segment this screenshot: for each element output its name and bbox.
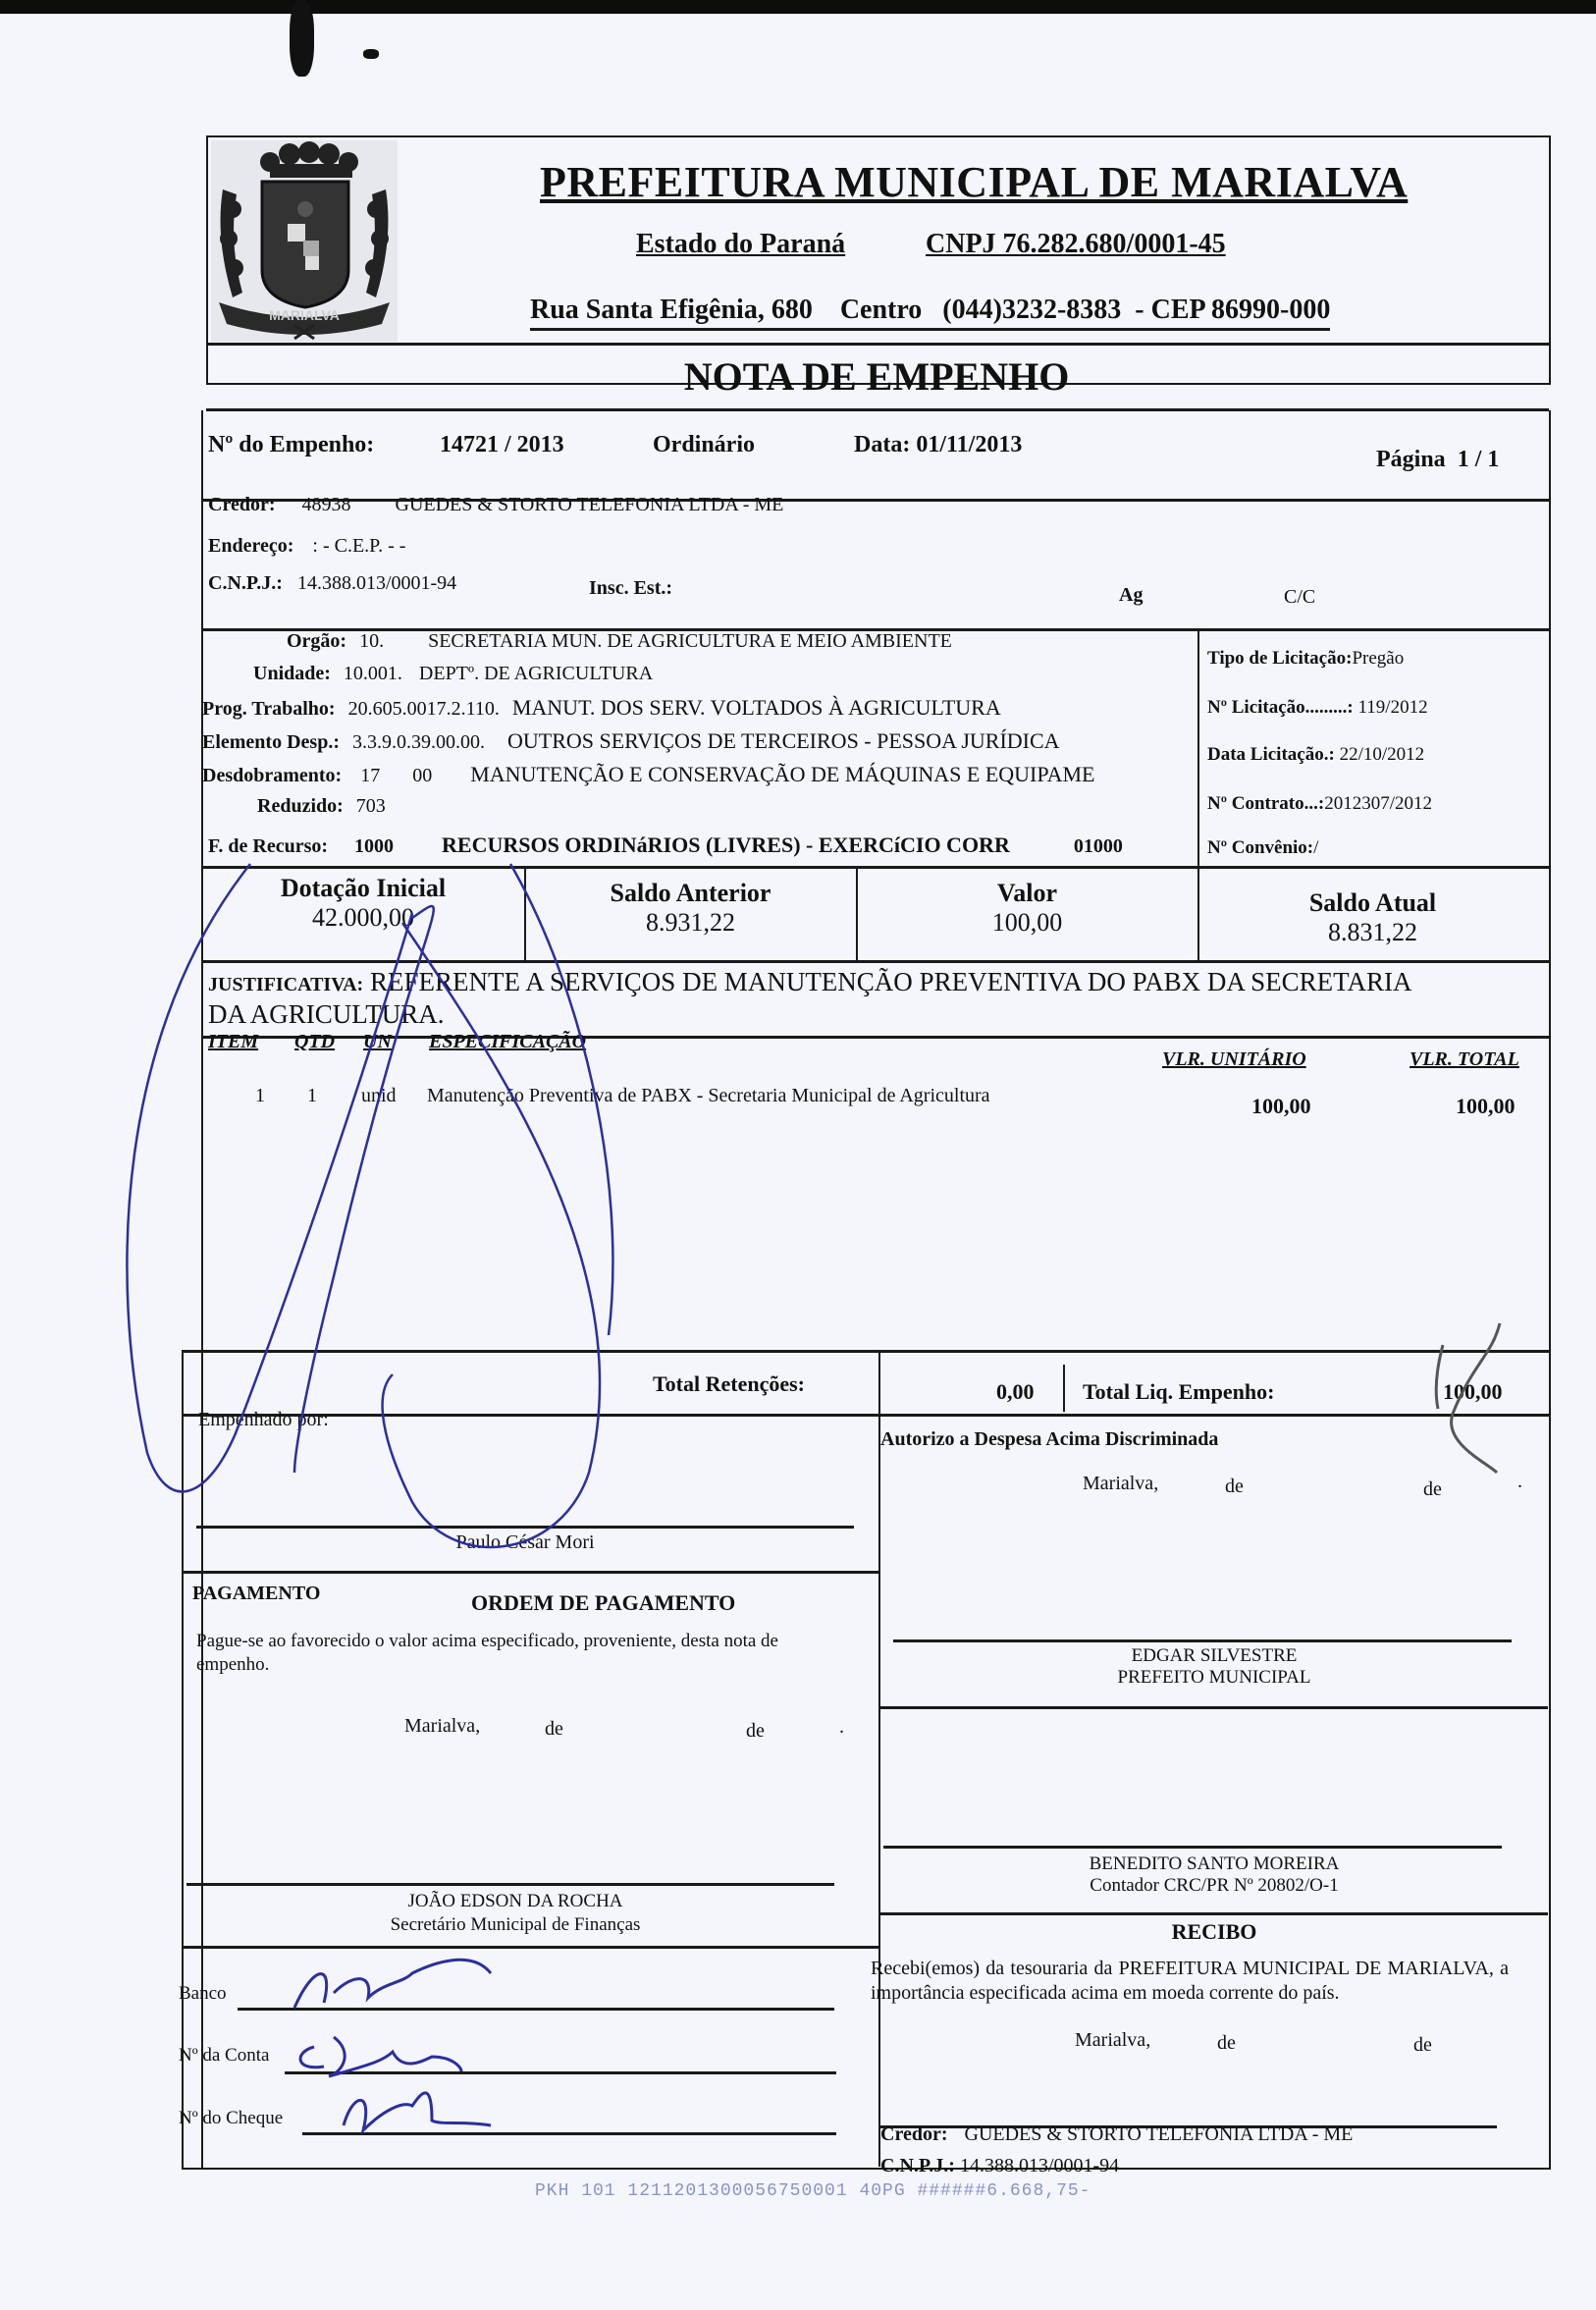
prog-name: MANUT. DOS SERV. VOLTADOS À AGRICULTURA (512, 695, 1001, 720)
divider (880, 1706, 1548, 1709)
cheque-line[interactable] (302, 2132, 836, 2135)
cell-un: unid (361, 1085, 397, 1107)
pagamento-place: Marialva, (404, 1715, 480, 1738)
page-indicator: Página 1 / 1 (1376, 447, 1499, 473)
col-vlr-total: VLR. TOTAL (1410, 1048, 1519, 1071)
desdobramento-code2: 00 (412, 765, 432, 786)
tipo-label: Tipo de Licitação: (1207, 648, 1352, 669)
balance-label: Saldo Anterior (525, 879, 856, 908)
autorizo-de-1: de (1225, 1476, 1244, 1498)
unidade-line: Unidade: 10.001. DEPTº. DE AGRICULTURA (253, 663, 653, 685)
recurso-code2: 01000 (1074, 835, 1123, 857)
elemento-label: Elemento Desp.: (202, 731, 340, 753)
elemento-line: Elemento Desp.: 3.3.9.0.39.00.00. OUTROS… (202, 728, 1060, 754)
contador-title: Contador CRC/PR Nº 20802/O-1 (880, 1875, 1548, 1897)
empenhado-name: Paulo César Mori (196, 1531, 854, 1554)
recibo-title: RECIBO (880, 1919, 1548, 1945)
balance-value: 8.831,22 (1198, 918, 1547, 947)
divider (201, 866, 1549, 869)
autorizo-place: Marialva, (1083, 1473, 1158, 1495)
desdobramento-code1: 17 (360, 765, 380, 786)
col-qtd: QTD (294, 1031, 335, 1053)
recibo-credor-label: Credor: (880, 2123, 948, 2145)
ordem-label: ORDEM DE PAGAMENTO (471, 1590, 735, 1616)
endereco-line: Endereço: : - C.E.P. - - (208, 535, 405, 558)
col-vlr-unitario: VLR. UNITÁRIO (1162, 1048, 1306, 1071)
contrato-value: 2012307/2012 (1324, 793, 1432, 814)
retencoes-label: Total Retenções: (653, 1371, 805, 1397)
prog-line: Prog. Trabalho: 20.605.0017.2.110. MANUT… (202, 695, 1001, 721)
empenho-type: Ordinário (653, 432, 755, 458)
liquido-label: Total Liq. Empenho: (1083, 1379, 1274, 1405)
recurso-line: F. de Recurso: 1000 RECURSOS ORDINáRIOS … (208, 833, 1123, 858)
divider (182, 1946, 880, 1949)
cell-qtd: 1 (307, 1085, 317, 1107)
creditor-cnpj: 14.388.013/0001-94 (297, 572, 456, 594)
bank-stamp: PKH 101 1211201300056750001 40PG ######6… (535, 2181, 1091, 2201)
cell-especificacao: Manutenção Preventiva de PABX - Secretar… (427, 1085, 990, 1107)
banco-line[interactable] (238, 2008, 834, 2011)
cell-vlr-total: 100,00 (1456, 1094, 1516, 1119)
balance-valor: Valor 100,00 (857, 879, 1197, 938)
desdobramento-line: Desdobramento: 17 00 MANUTENÇÃO E CONSER… (202, 762, 1095, 787)
autorizo-label: Autorizo a Despesa Acima Discriminada (880, 1428, 1218, 1451)
coat-of-arms-icon: MARIALVA (211, 140, 398, 342)
balance-value: 100,00 (857, 908, 1197, 938)
retencoes-value: 0,00 (996, 1379, 1035, 1405)
pagamento-text: Pague-se ao favorecido o valor acima esp… (196, 1630, 844, 1677)
document-title: NOTA DE EMPENHO (206, 353, 1547, 400)
cell-vlr-unitario: 100,00 (1251, 1094, 1311, 1119)
balance-label: Saldo Atual (1198, 888, 1547, 918)
prefeito-title: PREFEITO MUNICIPAL (880, 1667, 1548, 1689)
licdata-value: 22/10/2012 (1340, 744, 1425, 765)
address-line: Rua Santa Efigênia, 680 Centro (044)3232… (530, 295, 1330, 331)
pagamento-label: PAGAMENTO (192, 1583, 320, 1605)
desdobramento-name: MANUTENÇÃO E CONSERVAÇÃO DE MÁQUINAS E E… (470, 762, 1094, 786)
cell-item: 1 (255, 1085, 265, 1107)
autorizo-dot: . (1517, 1471, 1522, 1493)
address-street: Rua Santa Efigênia, 680 (530, 295, 813, 325)
scan-mark (363, 49, 379, 59)
credor-label: Credor: (208, 494, 276, 515)
orgao-code: 10. (359, 630, 384, 652)
conta-label: Nº da Conta (179, 2045, 269, 2067)
licdata-label: Data Licitação.: (1207, 744, 1335, 765)
balance-label: Valor (857, 879, 1197, 908)
empenho-date: Data: 01/11/2013 (854, 432, 1022, 458)
municipality-title: PREFEITURA MUNICIPAL DE MARIALVA (540, 157, 1408, 207)
licitacao-contrato: Nº Contrato...:2012307/2012 (1207, 793, 1432, 815)
orgao-label: Orgão: (287, 630, 346, 652)
municipality-cnpj: CNPJ 76.282.680/0001-45 (926, 229, 1226, 260)
address-district: Centro (840, 295, 922, 325)
recibo-place: Marialva, (1075, 2029, 1150, 2052)
conta-line[interactable] (285, 2071, 836, 2074)
signature-line (196, 1526, 854, 1529)
date-value: 01/11/2013 (916, 432, 1022, 457)
recibo-credor: Credor: GUEDES & STORTO TELEFONIA LTDA -… (880, 2123, 1353, 2146)
recibo-cnpj: C.N.P.J.: 14.388.013/0001-94 (880, 2155, 1119, 2177)
svg-text:MARIALVA: MARIALVA (269, 307, 340, 323)
numero-label: Nº Licitação.........: (1207, 697, 1354, 718)
convenio-value: / (1313, 837, 1318, 858)
recurso-name: RECURSOS ORDINáRIOS (LIVRES) - EXERCíCIO… (442, 833, 1010, 857)
page-value: 1 / 1 (1458, 447, 1500, 472)
orgao-line: Orgão: 10. SECRETARIA MUN. DE AGRICULTUR… (287, 630, 952, 653)
secretario-title: Secretário Municipal de Finanças (182, 1913, 849, 1937)
numero-value: 119/2012 (1358, 697, 1428, 718)
justification-label: JUSTIFICATIVA: (208, 974, 363, 995)
divider (201, 960, 1549, 963)
insc-est-label: Insc. Est.: (589, 577, 672, 600)
cheque-label: Nº do Cheque (179, 2108, 283, 2129)
credor-name: GUEDES & STORTO TELEFONIA LTDA - ME (396, 494, 784, 515)
empenho-number: 14721 / 2013 (440, 432, 564, 458)
justification: JUSTIFICATIVA: REFERENTE A SERVIÇOS DE M… (208, 967, 1543, 1029)
address-cep: - CEP 86990-000 (1135, 295, 1330, 325)
licitacao-tipo: Tipo de Licitação:Pregão (1207, 648, 1404, 670)
licitacao-numero: Nº Licitação.........: 119/2012 (1207, 697, 1428, 719)
balance-saldo-anterior: Saldo Anterior 8.931,22 (525, 879, 856, 938)
signature-line (186, 1883, 834, 1886)
ag-label: Ag (1119, 584, 1143, 607)
reduzido-line: Reduzido: 703 (257, 795, 386, 818)
licitacao-data: Data Licitação.: 22/10/2012 (1207, 744, 1424, 766)
divider (182, 1571, 880, 1574)
elemento-code: 3.3.9.0.39.00.00. (352, 731, 485, 753)
divider (206, 343, 1549, 346)
page-label: Página (1376, 447, 1446, 472)
cc-label: C/C (1284, 586, 1315, 609)
recibo-text: Recebi(emos) da tesouraria da PREFEITURA… (871, 1957, 1509, 2006)
credor-code: 48938 (302, 494, 351, 515)
cnpj-line: C.N.P.J.: 14.388.013/0001-94 (208, 572, 456, 595)
recibo-cnpj-label: C.N.P.J.: (880, 2155, 955, 2176)
recibo-de-2: de (1413, 2034, 1432, 2057)
divider (880, 1912, 1548, 1915)
unidade-code: 10.001. (344, 663, 402, 684)
recibo-credor-name: GUEDES & STORTO TELEFONIA LTDA - ME (965, 2123, 1354, 2145)
divider (201, 1036, 1549, 1039)
scan-mark (290, 0, 314, 77)
justification-text: REFERENTE A SERVIÇOS DE MANUTENÇÃO PREVE… (370, 967, 1412, 996)
unidade-label: Unidade: (253, 663, 331, 684)
prefeito-name: EDGAR SILVESTRE (880, 1645, 1548, 1667)
prog-code: 20.605.0017.2.110. (348, 698, 500, 720)
secretario-signature: JOÃO EDSON DA ROCHA Secretário Municipal… (182, 1890, 849, 1937)
contador-signature: BENEDITO SANTO MOREIRA Contador CRC/PR N… (880, 1853, 1548, 1897)
credor-line: Credor: 48938 GUEDES & STORTO TELEFONIA … (208, 494, 783, 516)
divider-vertical (1197, 630, 1199, 886)
reduzido-label: Reduzido: (257, 795, 344, 817)
recurso-label: F. de Recurso: (208, 835, 328, 857)
justification-text-2: DA AGRICULTURA. (208, 999, 445, 1029)
desdobramento-label: Desdobramento: (202, 765, 342, 786)
balance-value: 42.000,00 (201, 903, 525, 933)
col-un: UN (363, 1031, 392, 1053)
contrato-label: Nº Contrato...: (1207, 793, 1324, 814)
balance-dotacao: Dotação Inicial 42.000,00 (201, 874, 525, 933)
empenhado-label: Empenhado por: (198, 1409, 329, 1431)
prefeito-signature: EDGAR SILVESTRE PREFEITO MUNICIPAL (880, 1645, 1548, 1689)
pagamento-de-1: de (545, 1718, 563, 1741)
recibo-de-1: de (1217, 2032, 1236, 2055)
signature-frame (182, 1350, 1551, 2170)
orgao-name: SECRETARIA MUN. DE AGRICULTURA E MEIO AM… (428, 630, 952, 652)
elemento-name: OUTROS SERVIÇOS DE TERCEIROS - PESSOA JU… (507, 728, 1060, 753)
col-item: ITEM (208, 1031, 258, 1053)
signature-line (893, 1639, 1512, 1642)
recurso-code: 1000 (354, 835, 394, 857)
tipo-value: Pregão (1352, 648, 1404, 669)
unidade-name: DEPTº. DE AGRICULTURA (419, 663, 653, 684)
recibo-cnpj-value: 14.388.013/0001-94 (960, 2155, 1119, 2176)
balance-value: 8.931,22 (525, 908, 856, 938)
creditor-cnpj-label: C.N.P.J.: (208, 572, 283, 594)
liquido-value: 100,00 (1443, 1379, 1503, 1405)
address-phone: (044)3232-8383 (942, 295, 1121, 325)
signature-line (883, 1846, 1502, 1849)
balance-saldo-atual: Saldo Atual 8.831,22 (1198, 888, 1547, 947)
date-label: Data: (854, 432, 910, 457)
state-name: Estado do Paraná (636, 229, 845, 260)
contador-name: BENEDITO SANTO MOREIRA (880, 1853, 1548, 1875)
divider-vertical-main (878, 1352, 880, 2167)
prog-label: Prog. Trabalho: (202, 698, 336, 720)
divider-vertical (1063, 1365, 1065, 1412)
licitacao-convenio: Nº Convênio:/ (1207, 837, 1318, 859)
secretario-name: JOÃO EDSON DA ROCHA (182, 1890, 849, 1913)
banco-label: Banco (179, 1983, 227, 2005)
divider (182, 1414, 1549, 1417)
pagamento-dot: . (839, 1716, 844, 1739)
reduzido-value: 703 (356, 795, 386, 817)
col-especificacao: ESPECIFICAÇÃO (429, 1031, 586, 1053)
scan-top-edge (0, 0, 1596, 14)
table-row: 1 1 unid Manutenção Preventiva de PABX -… (201, 1080, 1547, 1119)
endereco-value: : - C.E.P. - - (312, 535, 405, 557)
convenio-label: Nº Convênio: (1207, 837, 1313, 858)
balance-label: Dotação Inicial (201, 874, 525, 903)
autorizo-de-2: de (1423, 1478, 1442, 1501)
pagamento-de-2: de (746, 1720, 765, 1743)
empenho-number-label: Nº do Empenho: (208, 432, 374, 458)
endereco-label: Endereço: (208, 535, 293, 557)
